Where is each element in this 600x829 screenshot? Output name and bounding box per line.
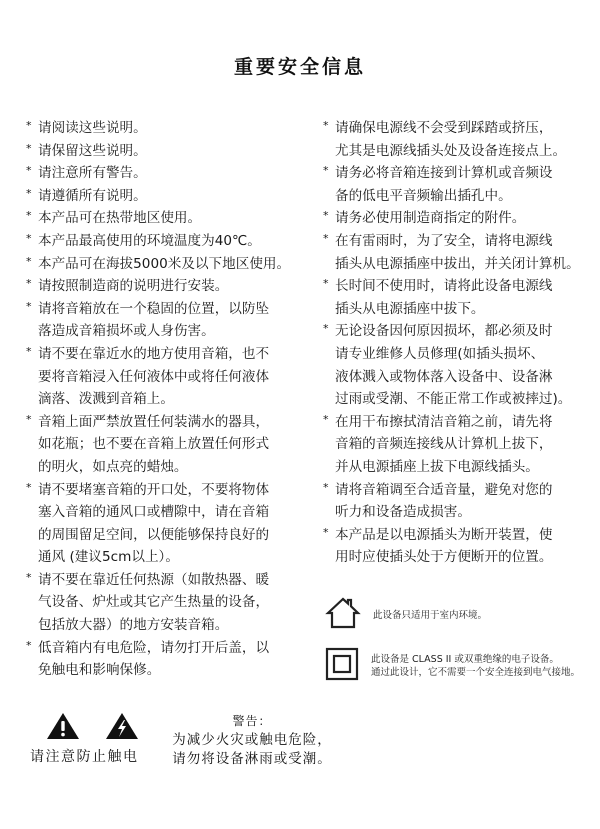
safety-item-line: 本产品最高使用的环境温度为40℃。 xyxy=(38,230,316,253)
safety-item-line: 长时间不使用时，请将此设备电源线 xyxy=(335,275,598,298)
bullet-asterisk: * xyxy=(323,115,329,138)
safety-item: *本产品可在海拔5000米及以下地区使用。 xyxy=(26,253,316,276)
safety-item: *低音箱内有电危险，请勿打开后盖，以免触电和影响保修。 xyxy=(26,637,316,682)
lightning-triangle-icon xyxy=(105,712,139,744)
safety-item-line: 请注意所有警告。 xyxy=(38,162,316,185)
safety-item-line: 备的低电平音频输出插孔中。 xyxy=(335,185,598,208)
safety-item-line: 免触电和影响保修。 xyxy=(38,659,316,682)
safety-item-line: 滴落、泼溅到音箱上。 xyxy=(38,388,316,411)
safety-item-line: 并从电源插座上拔下电源线插头。 xyxy=(335,456,598,479)
bullet-asterisk: * xyxy=(323,160,329,183)
fire-shock-warning: 警告： 为减少火灾或触电危险， 请勿将设备淋雨或受潮。 xyxy=(172,712,332,769)
bullet-asterisk: * xyxy=(26,296,32,319)
safety-item-line: 请不要堵塞音箱的开口处，不要将物体 xyxy=(38,479,316,502)
safety-item-line: 音箱的音频连接线从计算机上拔下， xyxy=(335,433,598,456)
safety-item-line: 请遵循所有说明。 xyxy=(38,185,316,208)
bullet-asterisk: * xyxy=(26,273,32,296)
safety-item-line: 请确保电源线不会受到踩踏或挤压， xyxy=(335,117,598,140)
bullet-asterisk: * xyxy=(26,341,32,364)
safety-item: *请保留这些说明。 xyxy=(26,140,316,163)
left-column: *请阅读这些说明。*请保留这些说明。*请注意所有警告。*请遵循所有说明。*本产品… xyxy=(26,117,316,682)
safety-item-line: 气设备、炉灶或其它产生热量的设备， xyxy=(38,591,316,614)
right-column: *请确保电源线不会受到踩踏或挤压，尤其是电源线插头处及设备连接点上。*请务必将音… xyxy=(323,117,598,569)
safety-item-line: 插头从电源插座中拔下。 xyxy=(335,298,598,321)
bullet-asterisk: * xyxy=(26,477,32,500)
bullet-asterisk: * xyxy=(323,522,329,545)
safety-item-line: 本产品可在海拔5000米及以下地区使用。 xyxy=(38,253,316,276)
safety-item-line: 请务必将音箱连接到计算机或音频设 xyxy=(335,162,598,185)
indoor-use-notice: 此设备只适用于室内环境。 xyxy=(325,596,487,634)
safety-item: *请将音箱调至合适音量，避免对您的听力和设备造成损害。 xyxy=(323,479,598,524)
safety-item-line: 在有雷雨时，为了安全，请将电源线 xyxy=(335,230,598,253)
bullet-asterisk: * xyxy=(26,160,32,183)
safety-item-line: 尤其是电源线插头处及设备连接点上。 xyxy=(335,140,598,163)
safety-item: *请将音箱放在一个稳固的位置，以防坠落造成音箱损坏或人身伤害。 xyxy=(26,298,316,343)
safety-item-line: 请保留这些说明。 xyxy=(38,140,316,163)
bullet-asterisk: * xyxy=(323,273,329,296)
class-ii-text-line2: 通过此设计，它不需要一个安全连接到电气接地。 xyxy=(371,666,580,679)
safety-item-line: 如花瓶；也不要在音箱上放置任何形式 xyxy=(38,433,316,456)
safety-item: *请遵循所有说明。 xyxy=(26,185,316,208)
class-ii-text: 此设备是 CLASS II 或双重绝缘的电子设备。 通过此设计，它不需要一个安全… xyxy=(371,653,580,679)
safety-item: *音箱上面严禁放置任何装满水的器具，如花瓶；也不要在音箱上放置任何形式的明火，如… xyxy=(26,411,316,479)
safety-item-line: 请将音箱放在一个稳固的位置，以防坠 xyxy=(38,298,316,321)
safety-item-line: 要将音箱浸入任何液体中或将任何液体 xyxy=(38,366,316,389)
page-title: 重要安全信息 xyxy=(0,52,600,79)
class-ii-text-line1: 此设备是 CLASS II 或双重绝缘的电子设备。 xyxy=(371,653,580,666)
class-ii-double-square-icon xyxy=(325,647,359,685)
safety-item: *本产品可在热带地区使用。 xyxy=(26,207,316,230)
bullet-asterisk: * xyxy=(26,228,32,251)
safety-item: *请不要在靠近水的地方使用音箱，也不要将音箱浸入任何液体中或将任何液体滴落、泼溅… xyxy=(26,343,316,411)
safety-item-line: 的明火，如点亮的蜡烛。 xyxy=(38,456,316,479)
safety-item: *请按照制造商的说明进行安装。 xyxy=(26,275,316,298)
safety-item: *请注意所有警告。 xyxy=(26,162,316,185)
warning-line-1: 为减少火灾或触电危险， xyxy=(172,731,332,750)
class-ii-notice: 此设备是 CLASS II 或双重绝缘的电子设备。 通过此设计，它不需要一个安全… xyxy=(325,647,580,685)
safety-item-line: 低音箱内有电危险，请勿打开后盖，以 xyxy=(38,637,316,660)
bullet-asterisk: * xyxy=(323,318,329,341)
bullet-asterisk: * xyxy=(26,409,32,432)
safety-item: *请务必将音箱连接到计算机或音频设备的低电平音频输出插孔中。 xyxy=(323,162,598,207)
bullet-asterisk: * xyxy=(26,567,32,590)
safety-item-line: 请按照制造商的说明进行安装。 xyxy=(38,275,316,298)
safety-item: *请不要在靠近任何热源（如散热器、暖气设备、炉灶或其它产生热量的设备，包括放大器… xyxy=(26,569,316,637)
safety-item: *长时间不使用时，请将此设备电源线插头从电源插座中拔下。 xyxy=(323,275,598,320)
safety-item-line: 落造成音箱损坏或人身伤害。 xyxy=(38,320,316,343)
warning-heading: 警告： xyxy=(172,712,332,731)
safety-item-line: 塞入音箱的通风口或槽隙中，请在音箱 xyxy=(38,501,316,524)
indoor-use-text: 此设备只适用于室内环境。 xyxy=(373,609,487,622)
house-icon xyxy=(325,596,361,634)
bullet-asterisk: * xyxy=(323,409,329,432)
safety-item: *请务必使用制造商指定的附件。 xyxy=(323,207,598,230)
safety-item-line: 听力和设备造成损害。 xyxy=(335,501,598,524)
safety-item: *在用干布擦拭清洁音箱之前，请先将音箱的音频连接线从计算机上拔下，并从电源插座上… xyxy=(323,411,598,479)
bullet-asterisk: * xyxy=(323,228,329,251)
safety-item: *请确保电源线不会受到踩踏或挤压，尤其是电源线插头处及设备连接点上。 xyxy=(323,117,598,162)
safety-item: *本产品是以电源插头为断开装置，使用时应使插头处于方便断开的位置。 xyxy=(323,524,598,569)
bullet-asterisk: * xyxy=(26,183,32,206)
safety-item-line: 包括放大器）的地方安装音箱。 xyxy=(38,614,316,637)
safety-item: *请不要堵塞音箱的开口处，不要将物体塞入音箱的通风口或槽隙中，请在音箱的周围留足… xyxy=(26,479,316,569)
safety-item-line: 请不要在靠近水的地方使用音箱，也不 xyxy=(38,343,316,366)
safety-item-line: 音箱上面严禁放置任何装满水的器具， xyxy=(38,411,316,434)
warning-line-2: 请勿将设备淋雨或受潮。 xyxy=(172,750,332,769)
safety-item-line: 过雨或受潮、不能正常工作或被摔过)。 xyxy=(335,388,598,411)
safety-item: *在有雷雨时，为了安全，请将电源线插头从电源插座中拔出，并关闭计算机。 xyxy=(323,230,598,275)
bullet-asterisk: * xyxy=(26,251,32,274)
bullet-asterisk: * xyxy=(26,205,32,228)
safety-item-line: 插头从电源插座中拔出，并关闭计算机。 xyxy=(335,253,598,276)
safety-item-line: 本产品可在热带地区使用。 xyxy=(38,207,316,230)
bullet-asterisk: * xyxy=(323,477,329,500)
safety-item-line: 本产品是以电源插头为断开装置，使 xyxy=(335,524,598,547)
safety-item: *请阅读这些说明。 xyxy=(26,117,316,140)
safety-item-line: 在用干布擦拭清洁音箱之前，请先将 xyxy=(335,411,598,434)
exclamation-triangle-icon xyxy=(46,712,80,744)
safety-item-line: 请专业维修人员修理(如插头损坏、 xyxy=(335,343,598,366)
safety-item-line: 无论设备因何原因损坏，都必须及时 xyxy=(335,320,598,343)
safety-item-line: 请将音箱调至合适音量，避免对您的 xyxy=(335,479,598,502)
shock-warning-caption: 请注意防止触电 xyxy=(30,746,160,766)
safety-item-line: 用时应使插头处于方便断开的位置。 xyxy=(335,546,598,569)
electric-shock-warning: 请注意防止触电 xyxy=(30,712,160,766)
bullet-asterisk: * xyxy=(26,138,32,161)
safety-item-line: 请不要在靠近任何热源（如散热器、暖 xyxy=(38,569,316,592)
safety-item: *无论设备因何原因损坏，都必须及时请专业维修人员修理(如插头损坏、液体溅入或物体… xyxy=(323,320,598,410)
bullet-asterisk: * xyxy=(323,205,329,228)
safety-item-line: 的周围留足空间，以便能够保持良好的 xyxy=(38,524,316,547)
bullet-asterisk: * xyxy=(26,115,32,138)
safety-item-line: 液体溅入或物体落入设备中、设备淋 xyxy=(335,366,598,389)
safety-item-line: 请阅读这些说明。 xyxy=(38,117,316,140)
safety-item-line: 通风 (建议5cm以上）。 xyxy=(38,546,316,569)
safety-item: *本产品最高使用的环境温度为40℃。 xyxy=(26,230,316,253)
safety-item-line: 请务必使用制造商指定的附件。 xyxy=(335,207,598,230)
bullet-asterisk: * xyxy=(26,635,32,658)
